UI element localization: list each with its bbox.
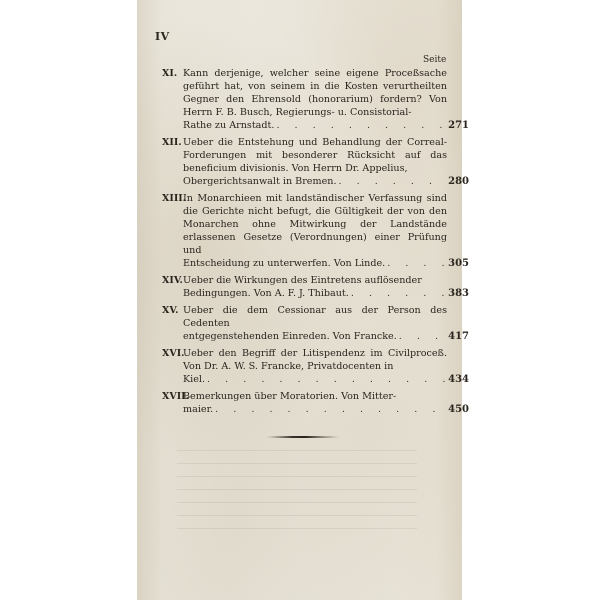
entry-leader: Kiel. . . . . . . . . . . . . . . . . . …	[183, 373, 447, 386]
entry-page-number: 417	[448, 330, 469, 343]
page-column-header: Seite	[423, 55, 446, 65]
entry-title: Ueber die Entstehung und Behandlung der …	[183, 136, 447, 175]
page-number: IV	[155, 30, 170, 43]
entry-last-line: Bedingungen. Von A. F. J. Thibaut.	[183, 287, 349, 300]
entry-numeral: XII.	[162, 136, 182, 149]
table-of-contents: XI. Kann derjenige, welcher seine eigene…	[162, 67, 447, 420]
entry-page-number: 280	[448, 175, 469, 188]
leader-dots: . . . . . . . . . . . . . . . . . . . . …	[276, 119, 445, 132]
entry-numeral: XIII.	[162, 192, 186, 205]
leader-dots: . . . . . . . . . . . . . . . . . . . . …	[215, 403, 445, 416]
entry-last-line: entgegenstehenden Einreden. Von Francke.	[183, 330, 397, 343]
entry-numeral: XVII.	[162, 390, 189, 403]
entry-page-number: 383	[448, 287, 469, 300]
entry-leader: Rathe zu Arnstadt. . . . . . . . . . . .…	[183, 119, 447, 132]
leader-dots: . . . . . . . . . . . . . . . . . . . . …	[351, 287, 445, 300]
toc-entry: XII. Ueber die Entstehung und Behandlung…	[162, 136, 447, 188]
entry-leader: Bedingungen. Von A. F. J. Thibaut. . . .…	[183, 287, 447, 300]
entry-title: Ueber die dem Cessionar aus der Person d…	[183, 304, 447, 330]
entry-page-number: 434	[448, 373, 469, 386]
entry-page-number: 450	[448, 403, 469, 416]
toc-entry: XVI. Ueber den Begriff der Litispendenz …	[162, 347, 447, 386]
entry-last-line: Obergerichtsanwalt in Bremen.	[183, 175, 337, 188]
entry-title: Ueber den Begriff der Litispendenz im Ci…	[183, 347, 447, 373]
entry-title: Bemerkungen über Moratorien. Von Mitter-	[183, 390, 447, 403]
entry-last-line: Entscheidung zu unterwerfen. Von Linde.	[183, 257, 385, 270]
entry-page-number: 271	[448, 119, 469, 132]
toc-entry: XIII. In Monarchieen mit landständischer…	[162, 192, 447, 270]
toc-entry: XIV. Ueber die Wirkungen des Eintretens …	[162, 274, 447, 300]
entry-leader: Obergerichtsanwalt in Bremen. . . . . . …	[183, 175, 447, 188]
entry-numeral: XIV.	[162, 274, 183, 287]
entry-page-number: 305	[448, 257, 469, 270]
leader-dots: . . . . . . . . . . . . . . . . . . . . …	[339, 175, 446, 188]
entry-leader: maier. . . . . . . . . . . . . . . . . .…	[183, 403, 447, 416]
entry-numeral: XI.	[162, 67, 177, 80]
leader-dots: . . . . . . . . . . . . . . . . . . . . …	[387, 257, 445, 270]
leader-dots: . . . . . . . . . . . . . . . . . . . . …	[207, 373, 445, 386]
entry-numeral: XV.	[162, 304, 178, 317]
toc-entry: XV. Ueber die dem Cessionar aus der Pers…	[162, 304, 447, 343]
book-page: IV Seite XI. Kann derjenige, welcher sei…	[137, 0, 462, 600]
entry-last-line: maier.	[183, 403, 213, 416]
entry-leader: Entscheidung zu unterwerfen. Von Linde. …	[183, 257, 447, 270]
entry-last-line: Rathe zu Arnstadt.	[183, 119, 274, 132]
entry-title: Ueber die Wirkungen des Eintretens auflö…	[183, 274, 447, 287]
entry-title: Kann derjenige, welcher seine eigene Pro…	[183, 67, 447, 119]
leader-dots: . . . . . . . . . . . . . . . . . . . . …	[399, 330, 445, 343]
entry-leader: entgegenstehenden Einreden. Von Francke.…	[183, 330, 447, 343]
show-through-text	[177, 450, 417, 540]
toc-entry: XI. Kann derjenige, welcher seine eigene…	[162, 67, 447, 132]
entry-numeral: XVI.	[162, 347, 185, 360]
entry-last-line: Kiel.	[183, 373, 205, 386]
toc-entry: XVII. Bemerkungen über Moratorien. Von M…	[162, 390, 447, 416]
decorative-rule	[265, 436, 341, 438]
entry-title: In Monarchieen mit landständischer Verfa…	[183, 192, 447, 257]
